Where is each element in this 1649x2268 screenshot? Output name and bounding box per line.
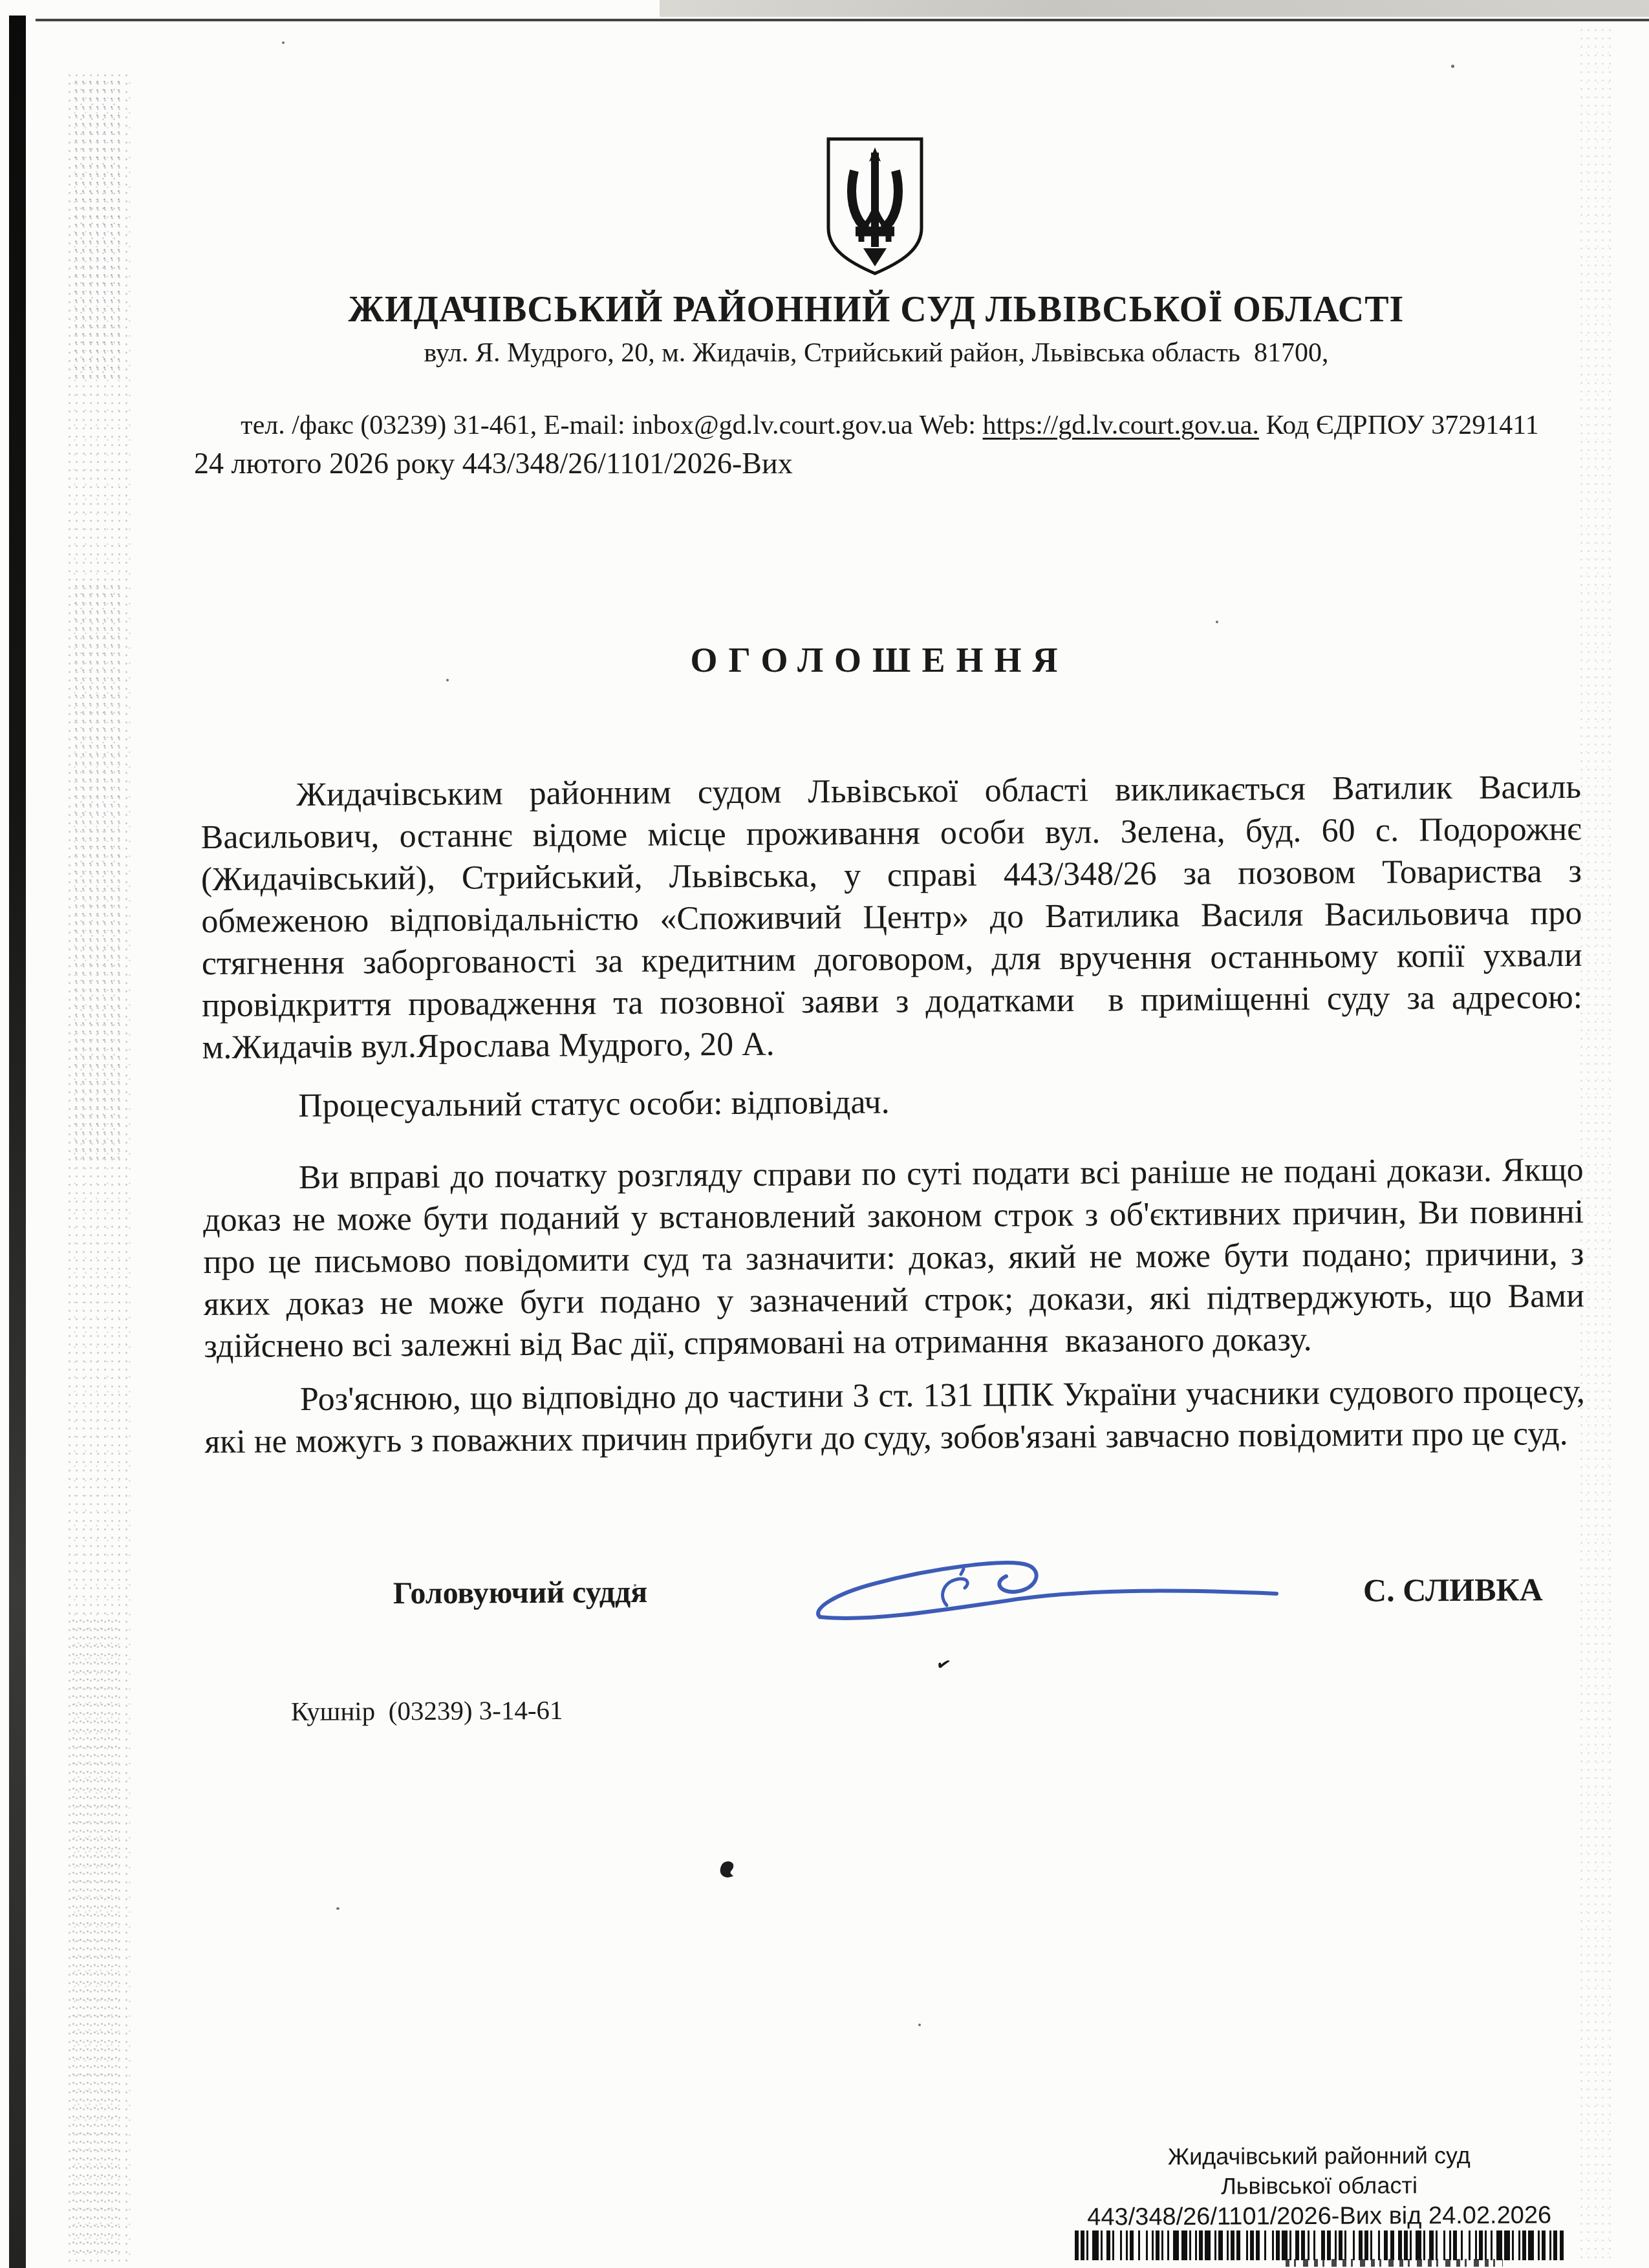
paragraph-summons: Жидачівським районним судом Львівської о…	[200, 766, 1583, 1069]
barcode-bar	[1560, 2231, 1564, 2260]
contact-suffix: Код ЄДРПОУ 37291411	[1259, 411, 1539, 440]
document-title: ОГОЛОШЕННЯ	[158, 640, 1600, 680]
executor-contact-line: Кушнір (03239) 3-14-61	[291, 1695, 563, 1727]
barcode-bar	[1528, 2231, 1534, 2260]
barcode-gap	[1266, 2231, 1272, 2260]
barcode-bar	[1181, 2231, 1187, 2260]
barcode-bar	[1173, 2231, 1179, 2260]
court-address-line: вул. Я. Мудрого, 20, м. Жидачів, Стрийсь…	[103, 336, 1649, 370]
contact-prefix: тел. /факс (03239) 31-461, E-mail: inbox…	[241, 411, 982, 440]
scan-noise-patch	[72, 582, 124, 1164]
document-body: Жидачівським районним судом Львівської о…	[200, 766, 1585, 1463]
barcode-caption-clipped	[1286, 2259, 1503, 2267]
barcode-bar	[1496, 2231, 1502, 2260]
scan-speck	[1216, 621, 1218, 623]
scan-ink-tick-artifact: ✔	[934, 1654, 953, 1676]
date-and-reference-line: 24 лютого 2026 року 443/348/26/1101/2026…	[194, 446, 793, 480]
judge-role-label: Головуючий суддя	[393, 1574, 647, 1611]
judge-signature-icon	[814, 1555, 1282, 1629]
registration-footer: Жидачівський районний суд Львівської обл…	[1028, 2140, 1611, 2233]
scan-top-edge-line	[36, 19, 1649, 21]
scan-noise-patch	[70, 1616, 122, 2256]
barcode-bar	[1282, 2231, 1288, 2260]
scan-left-edge-strip	[9, 16, 26, 2268]
scan-top-edge-band	[660, 0, 1649, 17]
barcode-gap	[1372, 2231, 1378, 2260]
court-website-url: https://gd.lv.court.gov.ua.	[983, 411, 1259, 440]
paragraph-procedural-status: Процесуальний статус особи: відповідач.	[202, 1077, 1583, 1128]
scan-speck	[918, 2024, 921, 2026]
ink-blot-artifact	[715, 1859, 740, 1880]
barcode-gap	[1463, 2231, 1469, 2260]
document-barcode-icon	[1075, 2231, 1564, 2260]
barcode-gap	[1114, 2231, 1120, 2260]
ukraine-coat-of-arms-icon	[823, 133, 927, 281]
footer-court-name: Жидачівський районний суд	[1028, 2140, 1610, 2172]
footer-court-region: Львівської області	[1028, 2170, 1610, 2202]
scan-speck	[336, 1907, 339, 1910]
barcode-bar	[1504, 2231, 1510, 2260]
paragraph-evidence-rights: Ви вправі до початку розгляду справи по …	[203, 1149, 1585, 1367]
footer-case-reference: 443/348/26/1101/2026-Вих від 24.02.2026	[1028, 2199, 1610, 2233]
court-name-heading: ЖИДАЧІВСЬКИЙ РАЙОННИЙ СУД ЛЬВІВСЬКОЇ ОБЛ…	[103, 290, 1649, 330]
barcode-bar	[1416, 2231, 1421, 2260]
barcode-gap	[1240, 2231, 1246, 2260]
scan-speck	[1451, 65, 1454, 68]
scan-speck	[282, 41, 285, 44]
barcode-gap	[1438, 2231, 1443, 2260]
judge-name: С. СЛИВКА	[1363, 1570, 1543, 1609]
barcode-gap	[1140, 2231, 1146, 2260]
barcode-bar	[1205, 2231, 1211, 2260]
barcode-gap	[1315, 2231, 1321, 2260]
scanned-court-document-page: ЖИДАЧІВСЬКИЙ РАЙОННИЙ СУД ЛЬВІВСЬКОЇ ОБЛ…	[0, 0, 1649, 2268]
paragraph-cpc-clarification: Роз'яснюю, що відповідно до частини 3 ст…	[204, 1371, 1586, 1463]
barcode-bar	[1092, 2231, 1098, 2260]
barcode-gap	[1346, 2231, 1352, 2260]
